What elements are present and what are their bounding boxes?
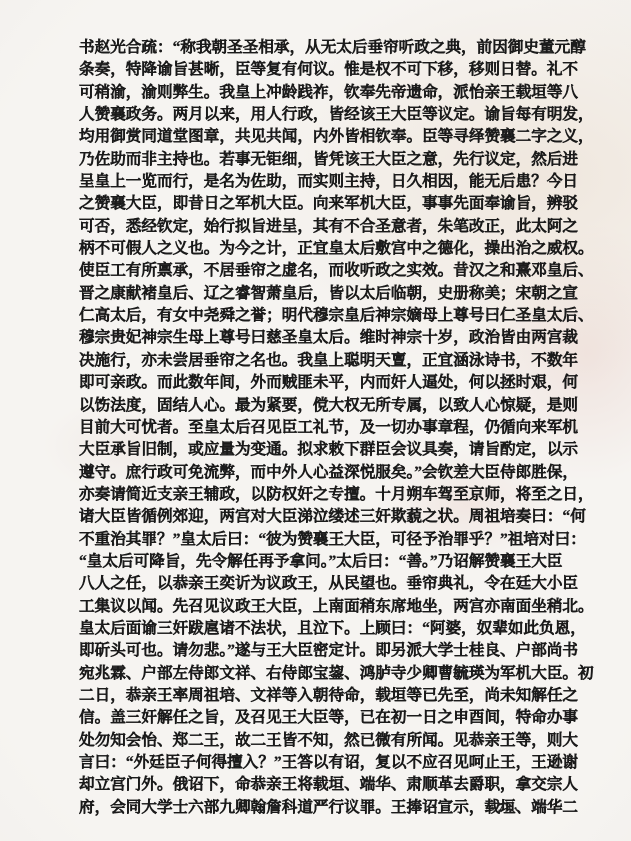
- text-line: 穆宗贵妃神宗生母上尊号曰慈圣皇太后。维时神宗十岁，政治皆由两宫裁: [79, 327, 557, 349]
- text-line: 诸大臣皆循例郊迎，两宫对大臣涕泣缕述三奸欺藐之状。周祖培奏曰：“何: [79, 506, 557, 528]
- text-line: 以饬法度，固结人心。最为紧要，傥大权无所专属，以致人心惊疑，是则: [79, 395, 557, 417]
- text-line: 却立宫门外。俄诏下，命恭亲王将载垣、端华、肃顺革去爵职，拿交宗人: [79, 774, 557, 796]
- text-line: 皇太后面谕三奸跋扈诸不法状，且泣下。上顾曰：“阿婆，奴辈如此负恩，: [79, 618, 557, 640]
- text-line: 均用御赏同道堂图章，共见共闻，内外皆相钦奉。臣等寻绎赞襄二字之义，: [79, 126, 557, 148]
- text-line: 目前大可忧者。至皇太后召见臣工礼节，及一切办事章程，仍循向来军机: [79, 417, 557, 439]
- text-line: 书赵光合疏：“称我朝圣圣相承，从无太后垂帘听政之典，前因御史董元醇: [79, 37, 557, 59]
- text-line: 条奏，特降谕旨甚晰，臣等复有何议。惟是权不可下移，移则日替。礼不: [79, 59, 557, 81]
- body-text: 书赵光合疏：“称我朝圣圣相承，从无太后垂帘听政之典，前因御史董元醇 条奏，特降谕…: [79, 37, 557, 819]
- text-line: 决施行，亦未尝居垂帘之名也。我皇上聪明天亶，正宜涵泳诗书，不数年: [79, 350, 557, 372]
- page-number: ·73·: [79, 801, 557, 818]
- text-line: 可稍渝，渝则弊生。我皇上冲龄践祚，钦奉先帝遗命，派怡亲王载垣等八: [79, 82, 557, 104]
- text-line: 大臣承旨旧制，或应量为变通。拟求敕下群臣会议具奏，请旨酌定，以示: [79, 439, 557, 461]
- text-line: 信。盖三奸解任之旨，及召见王大臣等，已在初一日之申酉间，特命办事: [79, 707, 557, 729]
- text-line: 遵守。庶行政可免流弊，而中外人心益深悦服矣。”会钦差大臣侍郎胜保，: [79, 462, 557, 484]
- text-line: 亦奏请简近支亲王辅政，以防权奸之专擅。十月朔车驾至京师，将至之日，: [79, 484, 557, 506]
- text-line: 呈皇上一览而行，是名为佐助，而实则主持，日久相因，能无后患？今日: [79, 171, 557, 193]
- text-line: 言曰：“外廷臣子何得擅入？”王答以有诏，复以不应召见呵止王，王逊谢: [79, 752, 557, 774]
- text-line: 八人之任，以恭亲王奕䜣为议政王，从民望也。垂帘典礼，令在廷大小臣: [79, 573, 557, 595]
- text-line: 之赞襄大臣，即昔日之军机大臣。向来军机大臣，事事先面奉谕旨，辨驳: [79, 193, 557, 215]
- text-line: 乃佐助而非主持也。若事无钜细，皆凭该王大臣之意，先行议定，然后进: [79, 149, 557, 171]
- text-line: 处勿知会怡、郑二王，故二王皆不知，然已微有所闻。见恭亲王等，则大: [79, 730, 557, 752]
- text-line: 仁高太后，有女中尧舜之誉；明代穆宗皇后神宗嫡母上尊号曰仁圣皇太后、: [79, 305, 557, 327]
- text-line: 柄不可假人之义也。为今之计，正宜皇太后敷宫中之德化，操出治之威权。: [79, 238, 557, 260]
- text-line: “皇太后可降旨，先令解任再予拿问。”太后曰：“善。”乃诏解赞襄王大臣: [79, 551, 557, 573]
- text-line: 工集议以闻。先召见议政王大臣，上南面稍东席地坐，两宫亦南面坐稍北。: [79, 596, 557, 618]
- text-line: 晋之康献褚皇后、辽之睿智萧皇后，皆以太后临朝，史册称美；宋朝之宣: [79, 283, 557, 305]
- text-line: 使臣工有所禀承，不居垂帘之虚名，而收听政之实效。昔汉之和熹邓皇后、: [79, 260, 557, 282]
- text-line: 人赞襄政务。两月以来，用人行政，皆经该王大臣等议定。谕旨每有明发，: [79, 104, 557, 126]
- text-line: 即斫头可也。请勿悲。”遂与王大臣密定计。即另派大学士桂良、户部尚书: [79, 640, 557, 662]
- text-line: 不重治其罪？”皇太后曰：“彼为赞襄王大臣，可径予治罪乎？”祖培对曰：: [79, 529, 557, 551]
- text-line: 宛兆霖、户部左侍郎文祥、右侍郎宝鋆、鸿胪寺少卿曹毓瑛为军机大臣。初: [79, 663, 557, 685]
- text-line: 即可亲政。而此数年间，外而贼匪未平，内而奸人逼处，何以拯时艰，何: [79, 372, 557, 394]
- text-line: 二日，恭亲王率周祖培、文祥等入朝待命，载垣等已先至，尚未知解任之: [79, 685, 557, 707]
- scanned-book-page: 书赵光合疏：“称我朝圣圣相承，从无太后垂帘听政之典，前因御史董元醇 条奏，特降谕…: [0, 0, 631, 841]
- text-line: 可否，悉经钦定，始行拟旨进呈，其有不合圣意者，朱笔改正，此太阿之: [79, 216, 557, 238]
